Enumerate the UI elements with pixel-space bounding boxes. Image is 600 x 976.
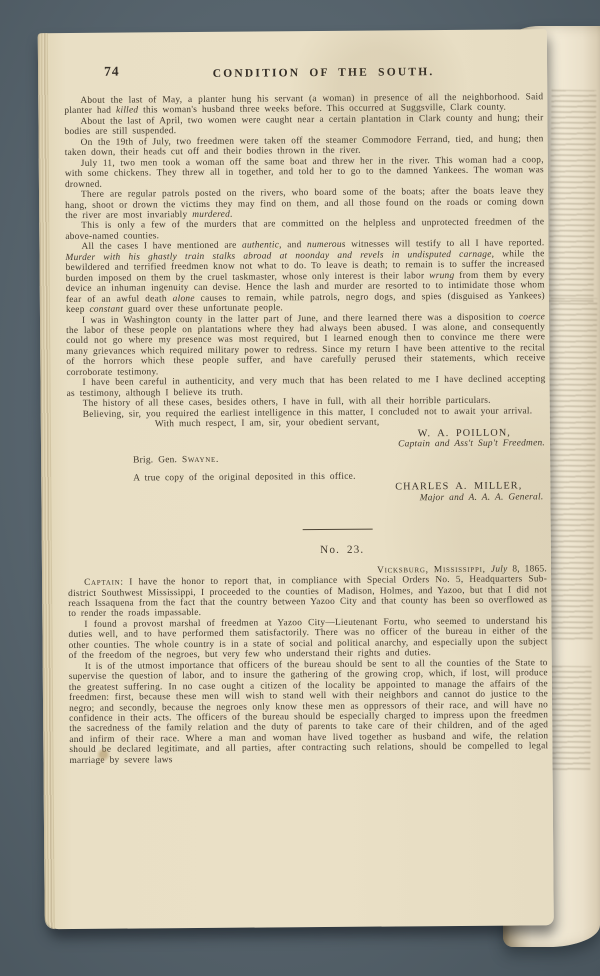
scan-background: 74 CONDITION OF THE SOUTH. About the las… — [0, 0, 600, 976]
paragraph: It is of the utmost importance that offi… — [69, 658, 549, 766]
paragraph: Captain: I have the honor to report that… — [68, 574, 547, 620]
addressee-line: Brig. Gen. Swayne. — [117, 453, 546, 467]
page-content: 74 CONDITION OF THE SOUTH. About the las… — [64, 63, 548, 766]
page-number: 74 — [104, 67, 120, 78]
page-header: 74 CONDITION OF THE SOUTH. — [64, 63, 543, 85]
running-title: CONDITION OF THE SOUTH. — [213, 67, 435, 79]
document-number: No. 23. — [68, 543, 547, 558]
paragraph: All the cases I have mentioned are authe… — [65, 239, 545, 316]
adjacent-page-text-blur — [546, 298, 598, 641]
paragraph: I was in Washington county in the latter… — [66, 312, 545, 378]
paragraph: I found a provost marshal of freedmen at… — [68, 616, 547, 662]
section-divider — [303, 529, 373, 531]
paragraph: There are regular patrols posted on the … — [65, 186, 544, 221]
adjacent-page-text-blur — [546, 666, 591, 771]
adjacent-page-text-blur — [549, 90, 597, 303]
paragraph: July 11, two men took a woman off the sa… — [65, 155, 544, 190]
book-page: 74 CONDITION OF THE SOUTH. About the las… — [38, 29, 554, 929]
